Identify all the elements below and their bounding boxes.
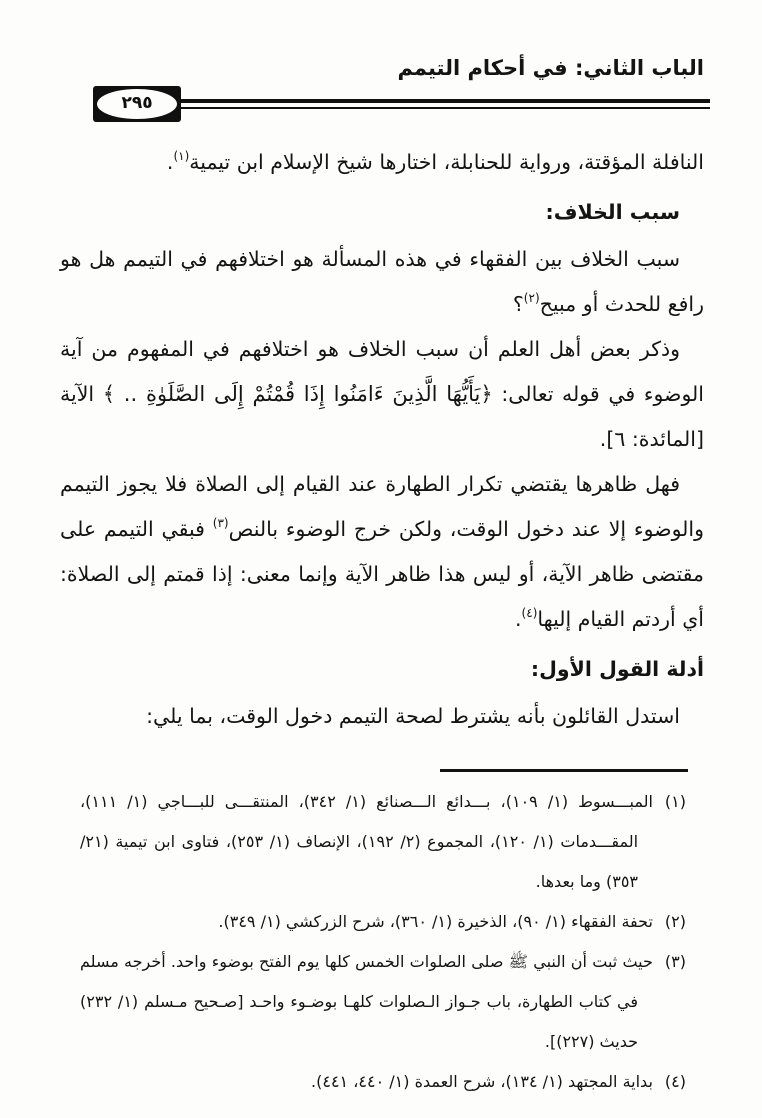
footnote-ref-3: (٣) bbox=[213, 516, 229, 530]
footnote-4: (٤)بداية المجتهد (١/ ١٣٤)، شرح العمدة (١… bbox=[80, 1062, 686, 1102]
header-rule-bottom bbox=[120, 107, 710, 109]
paragraph-text: سبب الخلاف بين الفقهاء في هذه المسألة هو… bbox=[60, 247, 704, 316]
quran-verse: ﴿يَأَيُّهَا الَّذِينَ ءَامَنُوا إِذَا قُ… bbox=[103, 382, 493, 406]
paragraph-continuation: النافلة المؤقتة، ورواية للحنابلة، اختاره… bbox=[60, 140, 704, 185]
footnote-text: بداية المجتهد (١/ ١٣٤)، شرح العمدة (١/ ٤… bbox=[311, 1072, 653, 1091]
page-body: النافلة المؤقتة، ورواية للحنابلة، اختاره… bbox=[60, 140, 704, 739]
footnote-number: (٣) bbox=[653, 952, 686, 971]
paragraph-discussion: فهل ظاهرها يقتضي تكرار الطهارة عند القيا… bbox=[60, 462, 704, 642]
footnote-ref-1: (١) bbox=[173, 149, 189, 163]
footnotes: (١)المبـــسوط (١/ ١٠٩)، بـــدائع الـــصن… bbox=[80, 782, 686, 1102]
page-number: ٢٩٥ bbox=[121, 95, 152, 114]
page-number-oval: ٢٩٥ bbox=[97, 89, 177, 119]
page-number-badge: ٢٩٥ bbox=[93, 86, 181, 122]
header-rule-top bbox=[120, 99, 710, 103]
book-page: الباب الثاني: في أحكام التيمم ٢٩٥ النافل… bbox=[0, 0, 762, 1118]
paragraph-cause: سبب الخلاف بين الفقهاء في هذه المسألة هو… bbox=[60, 237, 704, 327]
footnote-ref-2: (٢) bbox=[524, 291, 540, 305]
footnote-text: تحفة الفقهاء (١/ ٩٠)، الذخيرة (١/ ٣٦٠)، … bbox=[218, 912, 653, 931]
paragraph-text: النافلة المؤقتة، ورواية للحنابلة، اختاره… bbox=[189, 150, 704, 174]
chapter-title: الباب الثاني: في أحكام التيمم bbox=[397, 56, 704, 80]
footnotes-separator bbox=[440, 769, 688, 772]
paragraph-tail: ؟ bbox=[513, 292, 524, 316]
paragraph-evidence-intro: استدل القائلون بأنه يشترط لصحة التيمم دخ… bbox=[60, 694, 704, 739]
footnote-text: المبـــسوط (١/ ١٠٩)، بـــدائع الـــصنائع… bbox=[80, 792, 653, 891]
footnote-number: (١) bbox=[653, 792, 686, 811]
footnote-1: (١)المبـــسوط (١/ ١٠٩)، بـــدائع الـــصن… bbox=[80, 782, 686, 902]
section-heading-cause-of-dispute: سبب الخلاف: bbox=[60, 190, 704, 235]
footnote-number: (٢) bbox=[653, 912, 686, 931]
footnote-3: (٣)حيث ثبت أن النبي ﷺ صلى الصلوات الخمس … bbox=[80, 942, 686, 1062]
footnote-number: (٤) bbox=[653, 1072, 686, 1091]
footnote-2: (٢)تحفة الفقهاء (١/ ٩٠)، الذخيرة (١/ ٣٦٠… bbox=[80, 902, 686, 942]
footnote-ref-4: (٤) bbox=[522, 606, 538, 620]
paragraph-scholars-view: وذكر بعض أهل العلم أن سبب الخلاف هو اختل… bbox=[60, 327, 704, 462]
footnote-text: حيث ثبت أن النبي ﷺ صلى الصلوات الخمس كله… bbox=[80, 952, 653, 1051]
section-heading-first-opinion-evidence: أدلة القول الأول: bbox=[60, 647, 704, 692]
